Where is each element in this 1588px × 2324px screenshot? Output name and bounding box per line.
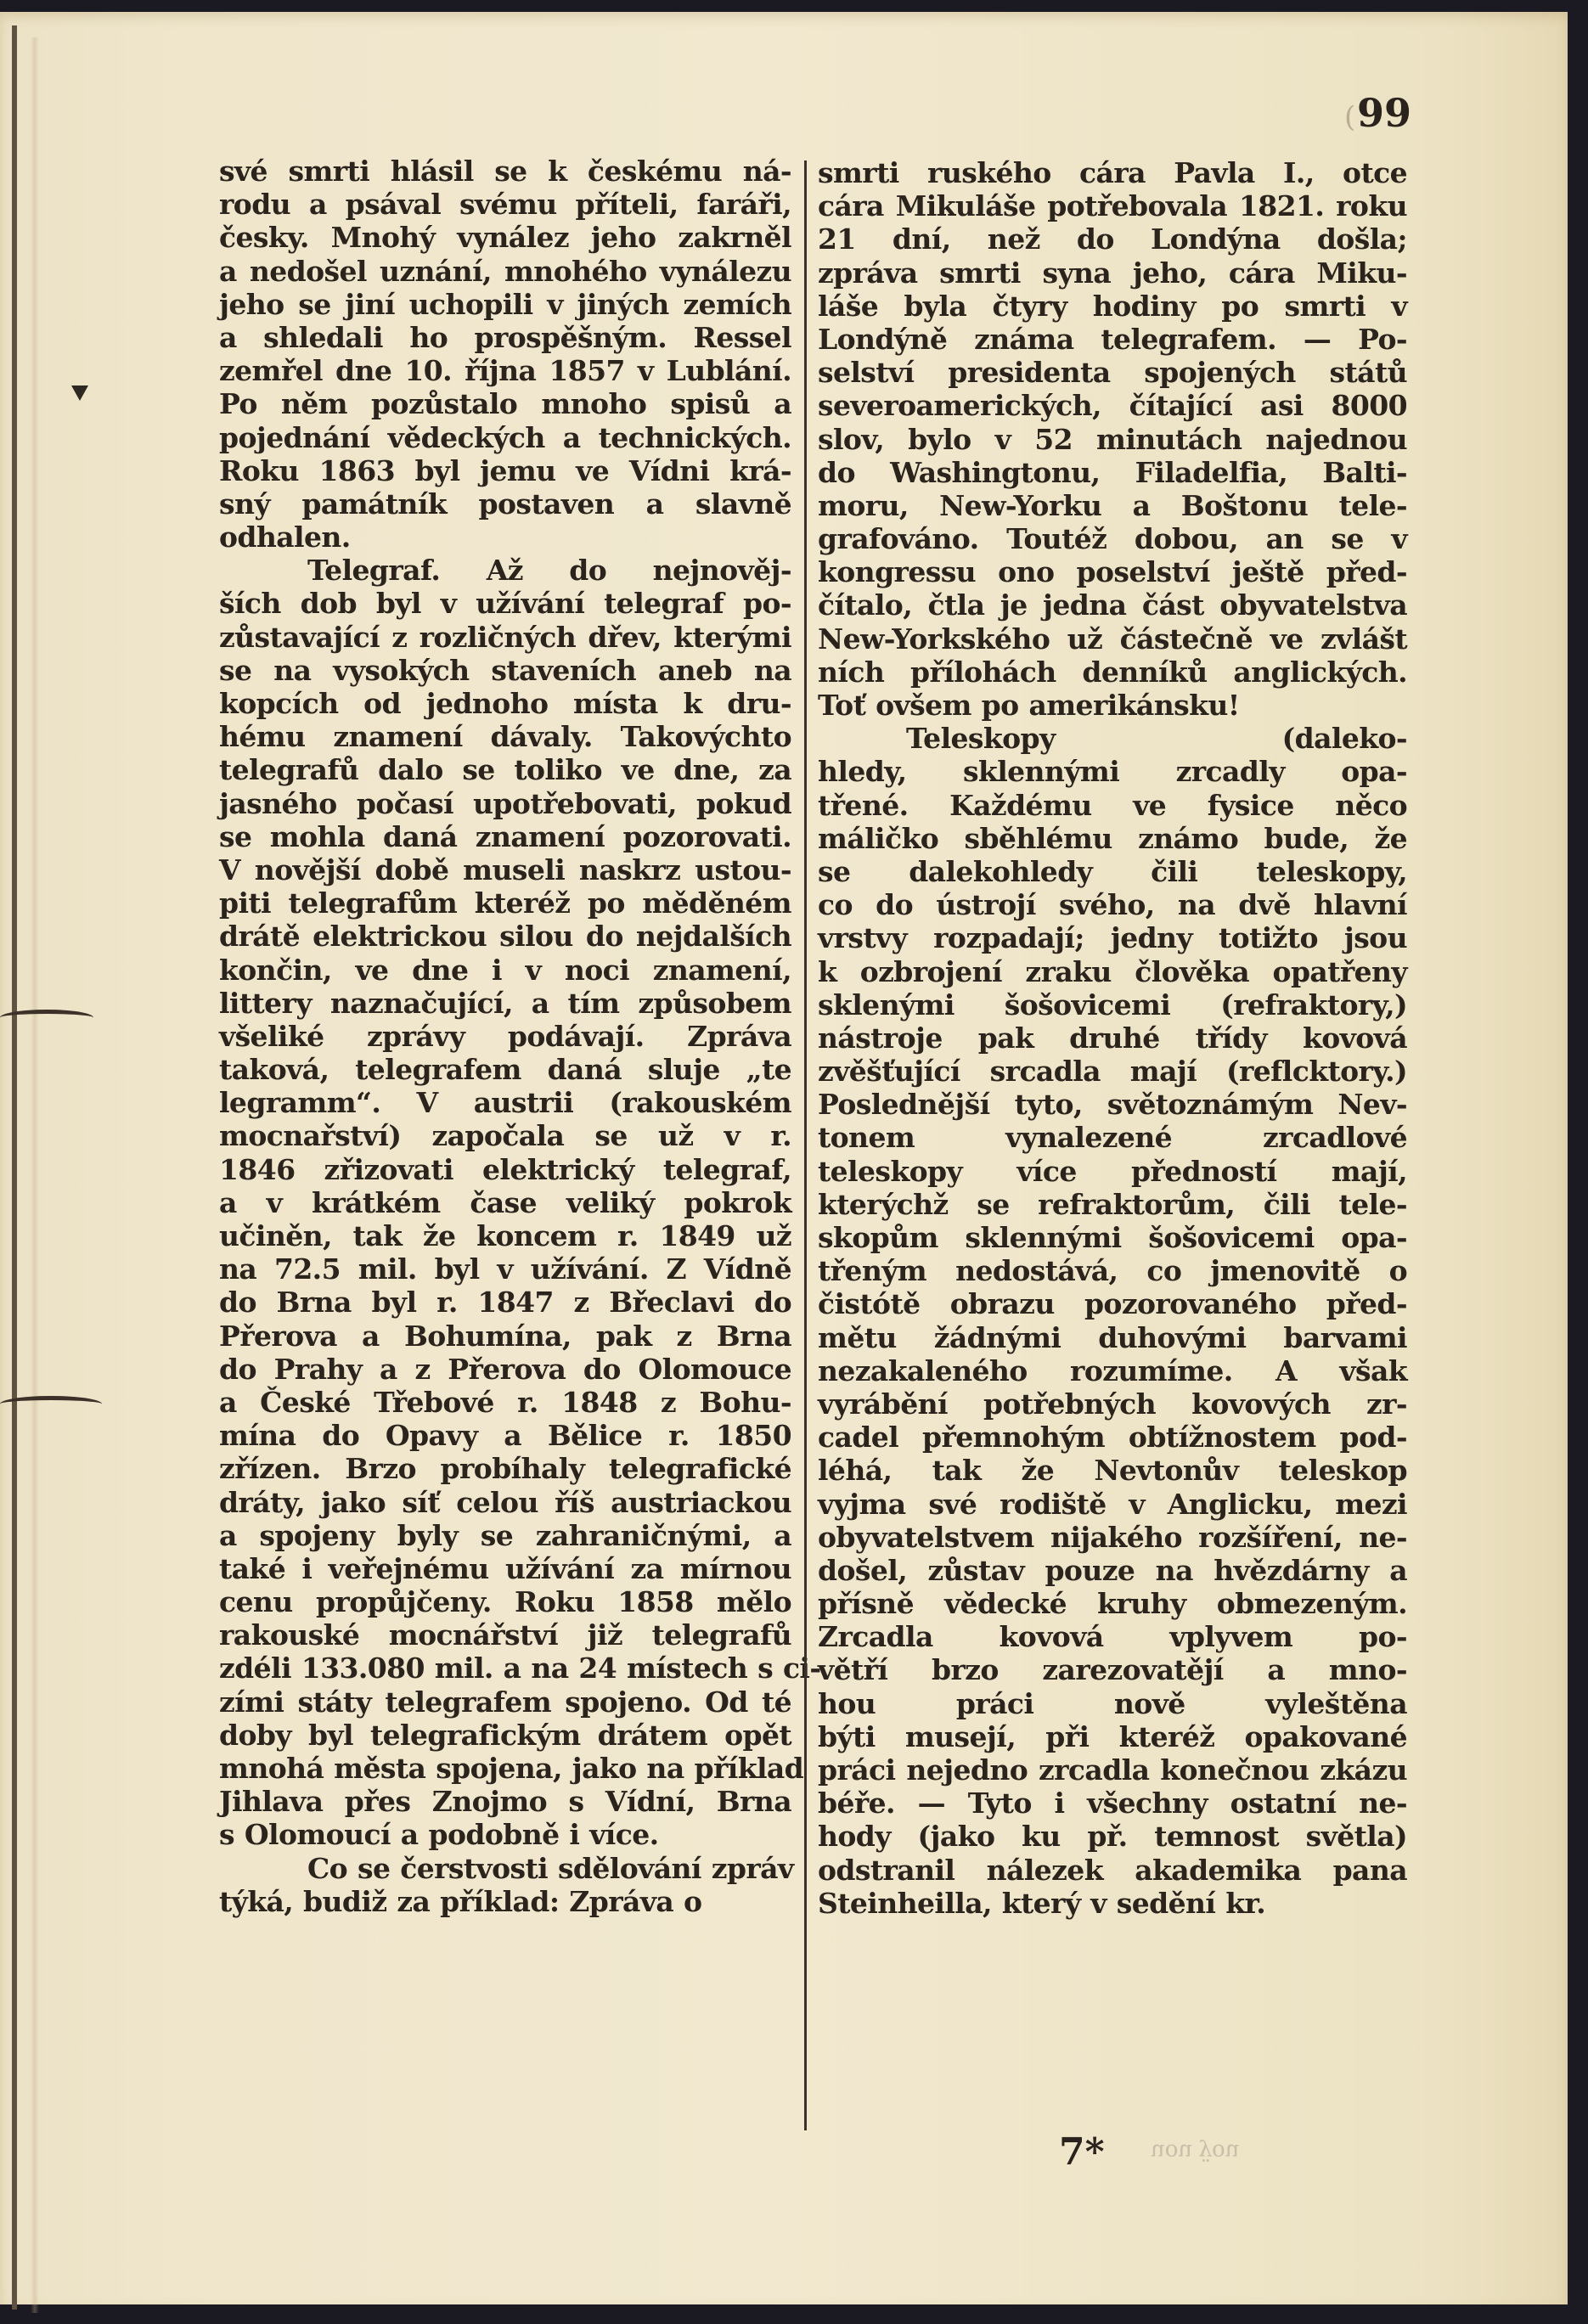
text-line: co do ústrojí svého, na dvě hlavní	[818, 888, 1407, 921]
right-text-column: smrti ruského cára Pavla I., otcecára Mi…	[818, 156, 1407, 1920]
text-line: V novější době museli naskrz ustou-	[219, 853, 791, 886]
text-line: končin, ve dne i v noci znamení,	[219, 954, 791, 987]
text-line: obyvatelstvem nijakého rozšíření, ne-	[818, 1521, 1407, 1554]
text-line: zemřel dne 10. října 1857 v Lublání.	[219, 354, 791, 387]
text-line: taková, telegrafem daná sluje „te	[219, 1053, 791, 1086]
text-line: k ozbrojení zraku člověka opatřeny	[818, 955, 1407, 988]
text-line: se dalekohledy čili teleskopy,	[818, 855, 1407, 888]
text-line: třené. Každému ve fysice něco	[818, 789, 1407, 822]
text-line: ních přílohách denníků anglických.	[818, 656, 1407, 689]
text-line: severoamerických, čítající asi 8000	[818, 389, 1407, 422]
text-line: piti telegrafům kteréž po měděném	[219, 886, 791, 920]
text-line: rodu a psával svému příteli, faráři,	[219, 188, 791, 221]
text-line: mnohá města spojena, jako na příklad	[219, 1752, 791, 1785]
text-line: nezakaleného rozumíme. A však	[818, 1354, 1407, 1387]
binding-edge	[12, 25, 17, 2310]
text-line: do Prahy a z Přerova do Olomouce	[219, 1353, 791, 1386]
left-text-column: své smrti hlásil se k českému ná-rodu a …	[219, 155, 791, 1918]
text-line: kopcích od jednoho místa k dru-	[219, 687, 791, 720]
text-line: sný památník postaven a slavně	[219, 487, 791, 521]
text-line: 21 dní, než do Londýna došla;	[818, 222, 1407, 256]
text-line: ších dob byl v užívání telegraf po-	[219, 587, 791, 620]
text-line: Poslednější tyto, světoznámým Nev-	[818, 1088, 1407, 1121]
text-line: čistótě obrazu pozorovaného před-	[818, 1287, 1407, 1320]
text-line: zvěšťující srcadla mají (reflcktory.)	[818, 1055, 1407, 1088]
margin-mark-icon	[71, 385, 88, 401]
text-line: se mohla daná znamení pozorovati.	[219, 820, 791, 853]
text-line: zími státy telegrafem spojeno. Od té	[219, 1685, 791, 1719]
text-line: léhá, tak že Nevtonův teleskop	[818, 1454, 1407, 1487]
text-line: moru, New-Yorku a Boštonu tele-	[818, 489, 1407, 522]
page-number-prefix: (	[1344, 100, 1355, 134]
page-number: 99	[1357, 90, 1411, 136]
text-line: třeným nedostává, co jmenovitě o	[818, 1254, 1407, 1287]
text-line: rakouské mocnářství již telegrafů	[219, 1618, 791, 1652]
text-line: skopům sklennými šošovicemi opa-	[818, 1221, 1407, 1254]
text-line: odhalen.	[219, 521, 791, 554]
text-line: selství presidenta spojených států	[818, 356, 1407, 389]
text-line: smrti ruského cára Pavla I., otce	[818, 156, 1407, 189]
text-line: vrstvy rozpadají; jedny totižto jsou	[818, 921, 1407, 954]
text-line: vyrábění potřebných kovových zr-	[818, 1387, 1407, 1421]
text-line: mína do Opavy a Bělice r. 1850	[219, 1419, 791, 1452]
text-line: sklenými šošovicemi (refraktory,)	[818, 988, 1407, 1021]
text-line: odstranil nálezek akademika pana	[818, 1854, 1407, 1887]
column-divider	[804, 160, 807, 2130]
text-line: pojednání vědeckých a technických.	[219, 421, 791, 454]
signature-mark: 7*	[1059, 2130, 1105, 2174]
text-line: a České Třebové r. 1848 z Bohu-	[219, 1386, 791, 1419]
text-line: dráty, jako síť celou říš austriackou	[219, 1486, 791, 1519]
text-line: na 72.5 mil. byl v užívání. Z Vídně	[219, 1252, 791, 1286]
text-line: a shledali ho prospěšným. Ressel	[219, 321, 791, 354]
text-line: Toť ovšem po amerikánsku!	[818, 689, 1407, 722]
text-line: hody (jako ku př. temnost světla)	[818, 1820, 1407, 1853]
text-line: doby byl telegrafickým drátem opět	[219, 1719, 791, 1752]
binding-thread-icon	[0, 1010, 93, 1026]
text-line: Po něm pozůstalo mnoho spisů a	[219, 387, 791, 420]
text-line: přísně vědecké kruhy obmezeným.	[818, 1587, 1407, 1620]
text-line: New-Yorkského už částečně ve zvlášt	[818, 622, 1407, 656]
text-line: a v krátkém čase veliký pokrok	[219, 1186, 791, 1219]
text-line: tonem vynalezené zrcadlové	[818, 1121, 1407, 1154]
text-line: kterýchž se refraktorům, čili tele-	[818, 1188, 1407, 1221]
text-line: Teleskopy (daleko-	[818, 722, 1407, 755]
text-line: zdéli 133.080 mil. a na 24 místech s ci-	[219, 1652, 791, 1685]
text-line: drátě elektrickou silou do nejdalších	[219, 920, 791, 953]
text-line: také i veřejnému užívání za mírnou	[219, 1552, 791, 1585]
book-page: ( 99 své smrti hlásil se k českému ná-ro…	[0, 12, 1568, 2304]
text-line: česky. Mnohý vynález jeho zakrněl	[219, 221, 791, 254]
text-line: kongressu ono poselství ještě před-	[818, 555, 1407, 588]
text-line: se na vysokých staveních aneb na	[219, 654, 791, 687]
text-line: všeliké zprávy podávají. Zpráva	[219, 1020, 791, 1053]
text-line: do Brna byl r. 1847 z Břeclavi do	[219, 1286, 791, 1319]
binding-thread-icon	[0, 1396, 102, 1412]
text-line: cenu propůjčeny. Roku 1858 mělo	[219, 1585, 791, 1618]
text-line: slov, bylo v 52 minutách najednou	[818, 423, 1407, 456]
text-line: Steinheilla, který v sedění kr.	[818, 1887, 1407, 1920]
text-line: vyjma své rodiště v Anglicku, mezi	[818, 1488, 1407, 1521]
text-line: Jihlava přes Znojmo s Vídní, Brna	[219, 1785, 791, 1818]
text-line: zůstavající z rozličných dřev, kterými	[219, 621, 791, 654]
text-line: týká, budiž za příklad: Zpráva o	[219, 1885, 791, 1918]
text-line: a spojeny byly se zahraničnými, a	[219, 1519, 791, 1552]
text-line: telegrafů dalo se toliko ve dne, za	[219, 753, 791, 786]
text-line: zpráva smrti syna jeho, cára Miku-	[818, 256, 1407, 290]
text-line: větří brzo zarezovatějí a mno-	[818, 1653, 1407, 1686]
text-line: mětu žádnými duhovými barvami	[818, 1321, 1407, 1354]
text-line: Přerova a Bohumína, pak z Brna	[219, 1320, 791, 1353]
text-line: hledy, sklennými zrcadly opa-	[818, 755, 1407, 788]
bleed-through-text: uou ÿou	[1151, 2139, 1240, 2164]
text-line: grafováno. Toutéž dobou, an se v	[818, 522, 1407, 555]
text-line: jasného počasí upotřebovati, pokud	[219, 787, 791, 820]
text-line: Londýně známa telegrafem. — Po-	[818, 323, 1407, 356]
text-line: hému znamení dávaly. Takovýchto	[219, 720, 791, 753]
text-line: do Washingtonu, Filadelfia, Balti-	[818, 456, 1407, 489]
text-line: littery naznačující, a tím způsobem	[219, 987, 791, 1020]
text-line: s Olomoucí a podobně i více.	[219, 1818, 791, 1851]
text-line: nástroje pak druhé třídy kovová	[818, 1021, 1407, 1055]
text-line: Roku 1863 byl jemu ve Vídni krá-	[219, 454, 791, 487]
text-line: Telegraf. Až do nejnověj-	[219, 554, 791, 587]
text-line: cadel přemnohým obtížnostem pod-	[818, 1421, 1407, 1454]
text-line: jeho se jiní uchopili v jiných zemích	[219, 288, 791, 321]
text-line: zřízen. Brzo probíhaly telegrafické	[219, 1452, 791, 1485]
text-line: Zrcadla kovová vplyvem po-	[818, 1620, 1407, 1653]
text-line: své smrti hlásil se k českému ná-	[219, 155, 791, 188]
text-line: legramm“. V austrii (rakouském	[219, 1086, 791, 1119]
text-line: čítalo, čtla je jedna část obyvatelstva	[818, 588, 1407, 622]
text-line: láše byla čtyry hodiny po smrti v	[818, 290, 1407, 323]
text-line: hou práci nově vyleštěna	[818, 1687, 1407, 1720]
text-line: máličko sběhlému známo bude, že	[818, 822, 1407, 855]
gutter-fold	[31, 37, 39, 2313]
text-line: došel, zůstav pouze na hvězdárny a	[818, 1554, 1407, 1587]
text-line: Co se čerstvosti sdělování zpráv	[219, 1852, 791, 1885]
text-line: béře. — Tyto i všechny ostatní ne-	[818, 1787, 1407, 1820]
text-line: 1846 zřizovati elektrický telegraf,	[219, 1153, 791, 1186]
text-line: učiněn, tak že koncem r. 1849 už	[219, 1219, 791, 1252]
text-line: a nedošel uznání, mnohého vynálezu	[219, 255, 791, 288]
text-line: práci nejedno zrcadla konečnou zkázu	[818, 1753, 1407, 1787]
text-line: teleskopy více předností mají,	[818, 1155, 1407, 1188]
text-line: cára Mikuláše potřebovala 1821. roku	[818, 189, 1407, 222]
text-line: býti musejí, při kteréž opakované	[818, 1720, 1407, 1753]
text-line: mocnařství) započala se už v r.	[219, 1119, 791, 1152]
